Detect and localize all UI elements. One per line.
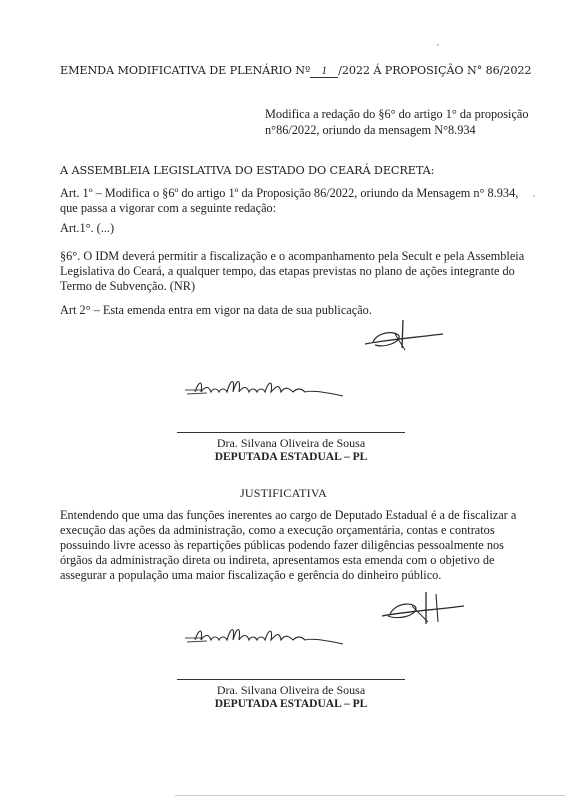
handwritten-signature-icon (185, 376, 345, 400)
justification-heading: JUSTIFICATIVA (0, 486, 567, 501)
paragraph-6: §6°. O IDM deverá permitir a fiscalizaçã… (60, 249, 535, 294)
title-suffix: /2022 Á PROPOSIÇÃO N° 86/2022 (338, 64, 531, 77)
amendment-number: 1 (310, 65, 338, 78)
ementa-line-2: n°86/2022, oriundo da mensagem N°8.934 (265, 123, 555, 139)
scan-speck (520, 72, 522, 74)
article-2: Art 2° – Esta emenda entra em vigor na d… (60, 303, 535, 318)
signer-name: Dra. Silvana Oliveira de Sousa (177, 683, 405, 697)
scan-speck (533, 195, 535, 197)
signature-line (177, 679, 405, 680)
ementa: Modifica a redação do §6° do artigo 1° d… (265, 107, 555, 138)
ementa-line-1: Modifica a redação do §6° do artigo 1° d… (265, 107, 555, 123)
signer-role: DEPUTADA ESTADUAL – PL (177, 450, 405, 464)
initials-signature-icon (382, 592, 467, 630)
article-1-reference: Art.1°. (...) (60, 221, 535, 236)
article-1: Art. 1º – Modifica o §6º do artigo 1º da… (60, 186, 535, 216)
scan-speck (437, 44, 439, 46)
signer-name: Dra. Silvana Oliveira de Sousa (177, 436, 405, 450)
scan-edge-line (175, 795, 565, 796)
initials-signature-icon (365, 318, 445, 358)
amendment-title: EMENDA MODIFICATIVA DE PLENÁRIO Nº1/2022… (60, 64, 531, 78)
handwritten-signature-icon (185, 624, 345, 648)
title-prefix: EMENDA MODIFICATIVA DE PLENÁRIO Nº (60, 64, 310, 77)
justification-text: Entendendo que uma das funções inerentes… (60, 508, 535, 583)
signer-role: DEPUTADA ESTADUAL – PL (177, 697, 405, 711)
decree-heading: A ASSEMBLEIA LEGISLATIVA DO ESTADO DO CE… (60, 164, 434, 177)
signature-line (177, 432, 405, 433)
